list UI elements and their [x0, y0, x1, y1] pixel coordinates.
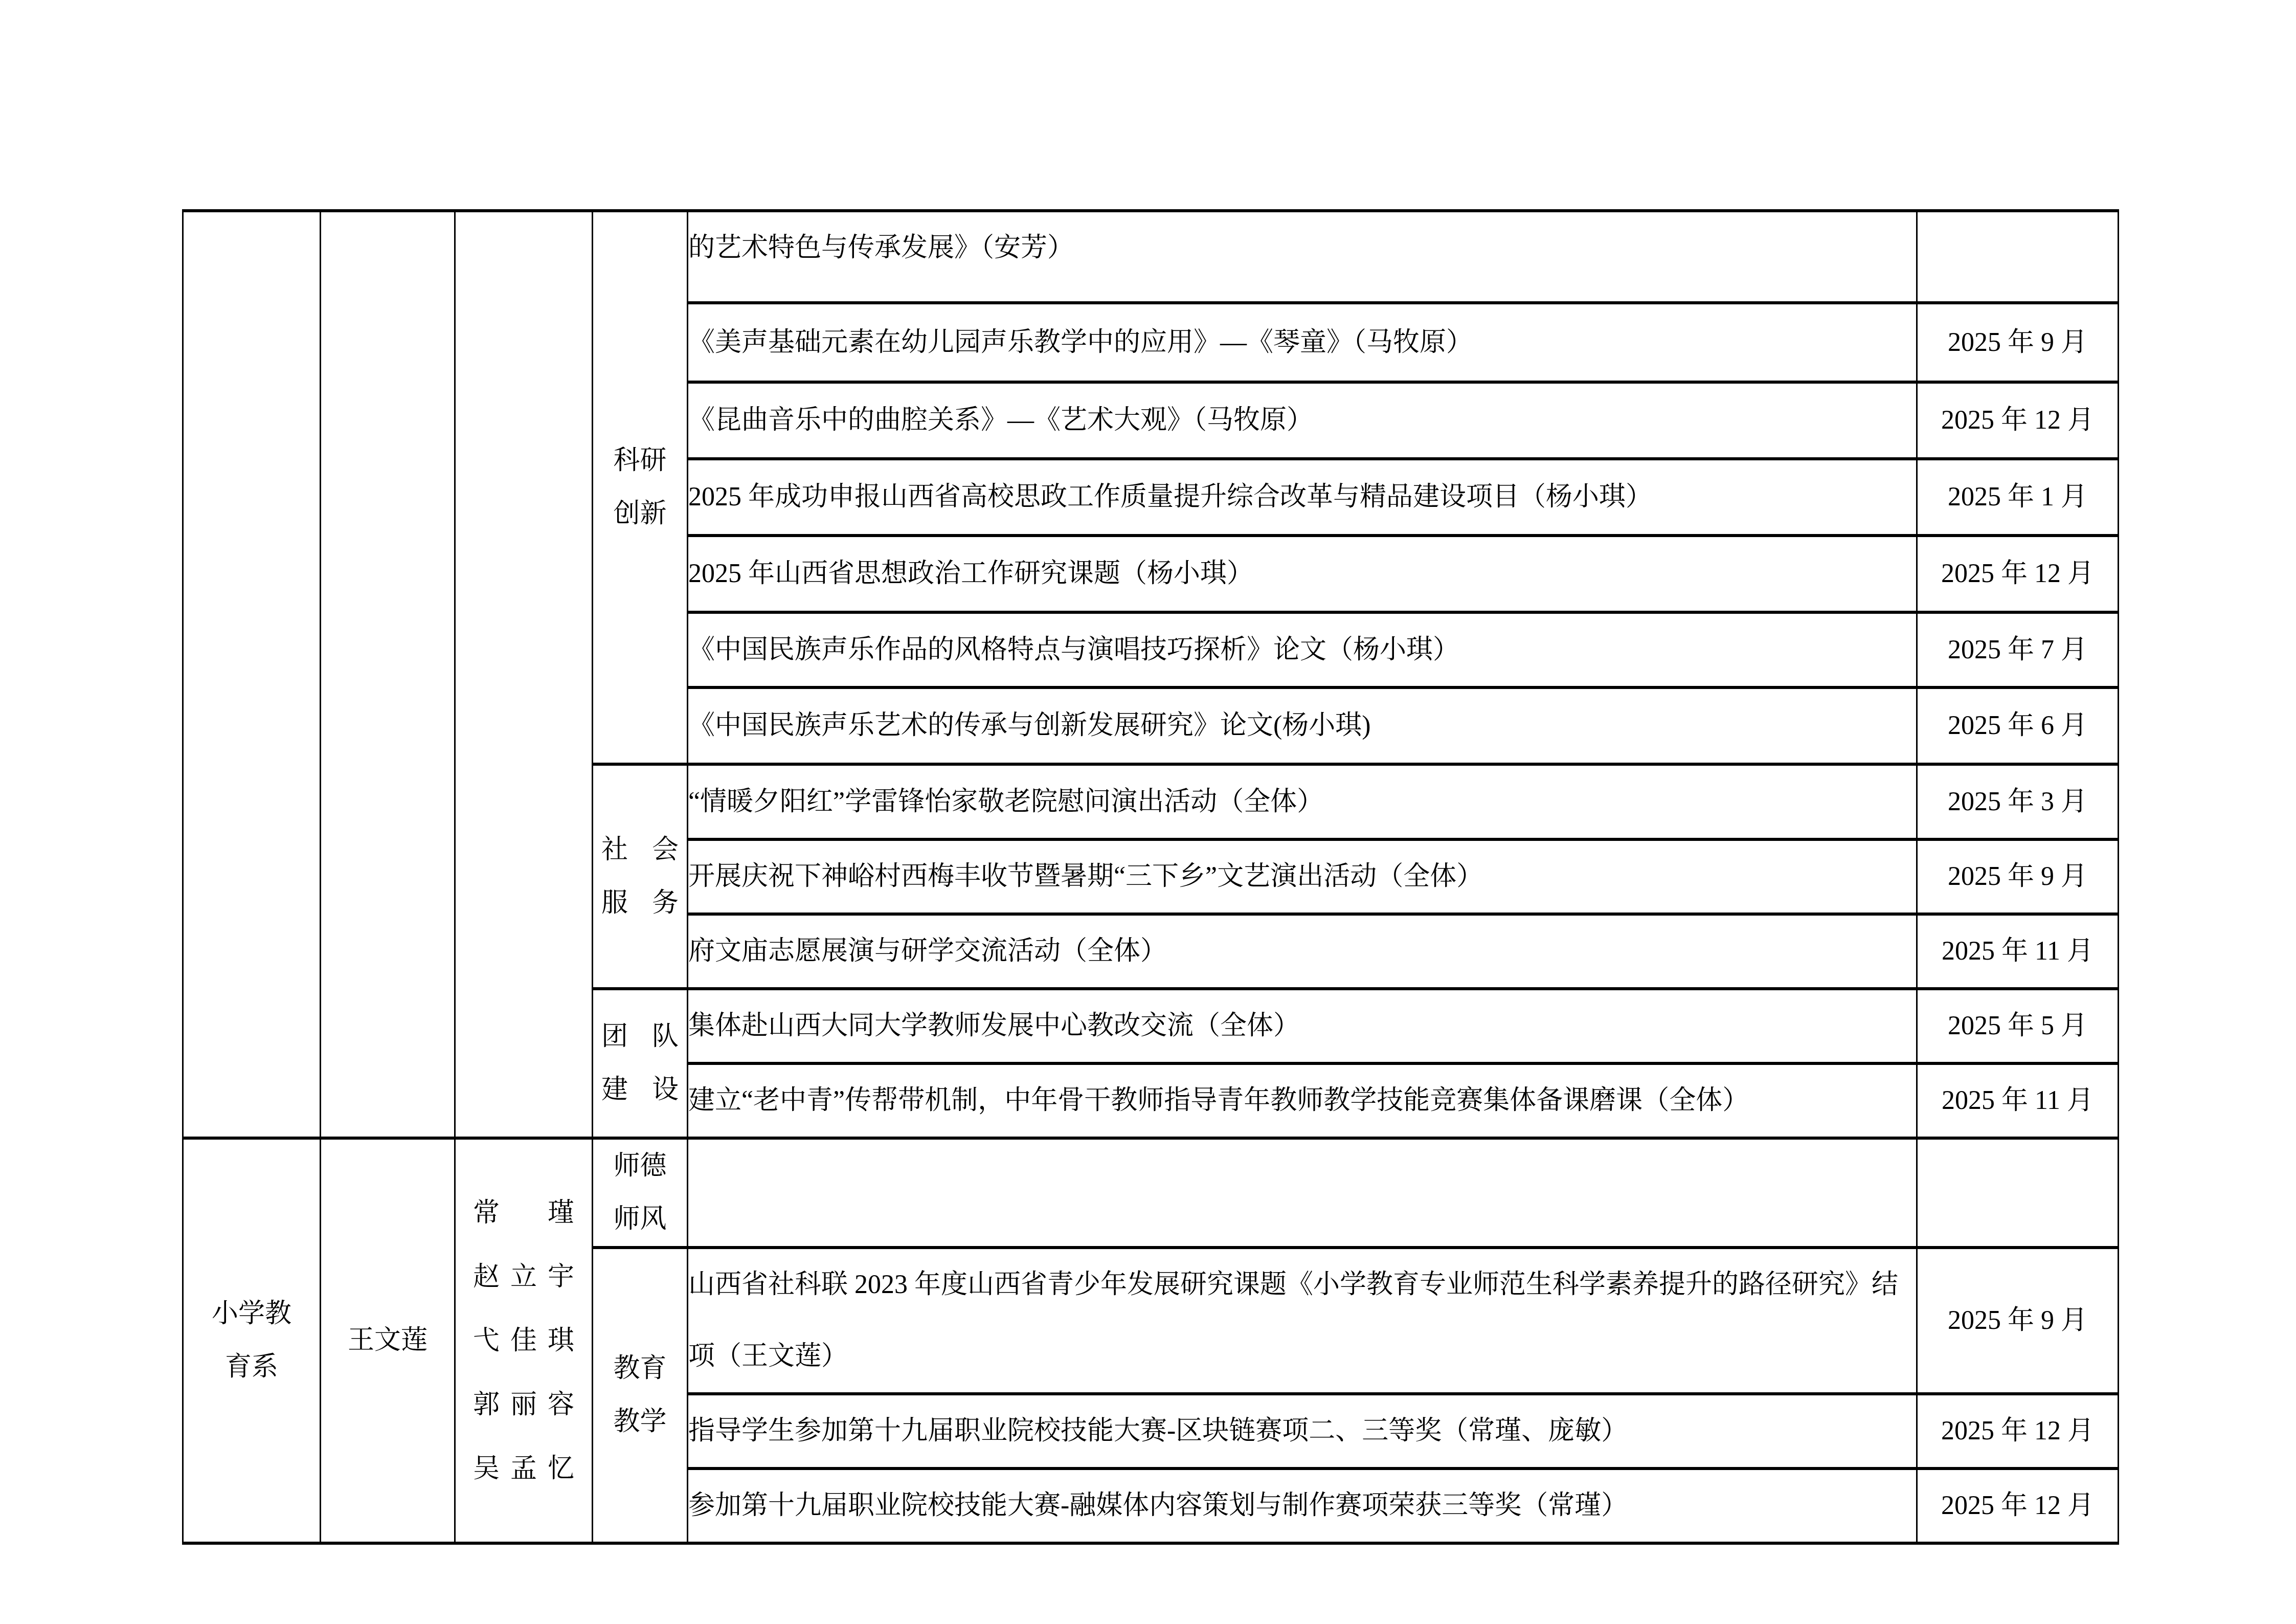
- leader-cell-empty: [321, 211, 455, 1138]
- department-label-line: 育系: [184, 1341, 320, 1394]
- department-cell-xiaoxue: 小学教 育系: [183, 1138, 321, 1543]
- date-cell: 2025 年 9 月: [1917, 303, 2119, 382]
- member-name: 赵立宇: [473, 1245, 574, 1309]
- category-label-line: 教育: [593, 1342, 687, 1395]
- content-cell: [688, 1138, 1917, 1248]
- member-name: 郭丽容: [473, 1373, 574, 1437]
- content-cell: 《中国民族声乐作品的风格特点与演唱技巧探析》论文（杨小琪）: [688, 612, 1917, 687]
- date-cell: 2025 年 11 月: [1917, 914, 2119, 989]
- category-label-line: 服务: [601, 877, 679, 930]
- department-label-line: 小学教: [184, 1287, 320, 1341]
- category-label-line: 建设: [601, 1063, 679, 1117]
- content-cell: 《美声基础元素在幼儿园声乐教学中的应用》—《琴童》（马牧原）: [688, 303, 1917, 382]
- content-cell: 建立“老中青”传帮带机制，中年骨干教师指导青年教师教学技能竞赛集体备课磨课（全体…: [688, 1063, 1917, 1138]
- category-label-line: 师德: [593, 1140, 687, 1193]
- date-cell: 2025 年 12 月: [1917, 382, 2119, 459]
- content-cell: 指导学生参加第十九届职业院校技能大赛-区块链赛项二、三等奖（常瑾、庞敏）: [688, 1394, 1917, 1469]
- date-cell: [1917, 1138, 2119, 1248]
- date-cell: 2025 年 11 月: [1917, 1063, 2119, 1138]
- category-label-line: 社会: [601, 824, 679, 877]
- department-cell-empty: [183, 211, 321, 1138]
- content-cell: 开展庆祝下神峪村西梅丰收节暨暑期“三下乡”文艺演出活动（全体）: [688, 839, 1917, 914]
- leader-cell: 王文莲: [321, 1138, 455, 1543]
- category-cell-jiaoyu-jiaoxue: 教育 教学: [593, 1248, 688, 1543]
- date-cell: 2025 年 6 月: [1917, 687, 2119, 764]
- content-cell: 府文庙志愿展演与研学交流活动（全体）: [688, 914, 1917, 989]
- content-cell: 《昆曲音乐中的曲腔关系》—《艺术大观》（马牧原）: [688, 382, 1917, 459]
- content-cell: 参加第十九届职业院校技能大赛-融媒体内容策划与制作赛项荣获三等奖（常瑾）: [688, 1469, 1917, 1543]
- member-name: 常瑾: [473, 1181, 574, 1245]
- member-name: 吴孟忆: [473, 1437, 574, 1501]
- category-cell-shide-shifeng: 师德 师风: [593, 1138, 688, 1248]
- category-label-line: 科研: [593, 434, 687, 487]
- category-label-line: 创新: [593, 487, 687, 541]
- category-cell-keyan-chuangxin: 科研 创新: [593, 211, 688, 764]
- date-cell: 2025 年 7 月: [1917, 612, 2119, 687]
- category-label-line: 教学: [593, 1395, 687, 1449]
- category-label-line: 团队: [601, 1010, 679, 1063]
- date-cell: 2025 年 3 月: [1917, 764, 2119, 839]
- content-cell: “情暖夕阳红”学雷锋怡家敬老院慰问演出活动（全体）: [688, 764, 1917, 839]
- category-label-line: 师风: [593, 1193, 687, 1246]
- achievement-table: 科研 创新 的艺术特色与传承发展》（安芳） 《美声基础元素在幼儿园声乐教学中的应…: [182, 209, 2119, 1545]
- members-cell-empty: [455, 211, 593, 1138]
- date-cell: 2025 年 5 月: [1917, 989, 2119, 1063]
- date-cell: 2025 年 1 月: [1917, 459, 2119, 536]
- member-name: 弋佳琪: [473, 1309, 574, 1373]
- date-cell: 2025 年 12 月: [1917, 536, 2119, 612]
- content-cell: 2025 年成功申报山西省高校思政工作质量提升综合改革与精品建设项目（杨小琪）: [688, 459, 1917, 536]
- content-cell: 《中国民族声乐艺术的传承与创新发展研究》论文(杨小琪): [688, 687, 1917, 764]
- date-cell: 2025 年 12 月: [1917, 1469, 2119, 1543]
- content-cell: 2025 年山西省思想政治工作研究课题（杨小琪）: [688, 536, 1917, 612]
- content-cell: 的艺术特色与传承发展》（安芳）: [688, 211, 1917, 303]
- date-cell: [1917, 211, 2119, 303]
- content-cell: 山西省社科联 2023 年度山西省青少年发展研究课题《小学教育专业师范生科学素养…: [688, 1248, 1917, 1394]
- category-cell-shehui-fuwu: 社会 服务: [593, 764, 688, 989]
- date-cell: 2025 年 9 月: [1917, 1248, 2119, 1394]
- members-cell: 常瑾 赵立宇 弋佳琪 郭丽容 吴孟忆: [455, 1138, 593, 1543]
- category-cell-tuandui-jianshe: 团队 建设: [593, 989, 688, 1138]
- date-cell: 2025 年 12 月: [1917, 1394, 2119, 1469]
- content-cell: 集体赴山西大同大学教师发展中心教改交流（全体）: [688, 989, 1917, 1063]
- document-page: 科研 创新 的艺术特色与传承发展》（安芳） 《美声基础元素在幼儿园声乐教学中的应…: [0, 0, 2296, 1624]
- date-cell: 2025 年 9 月: [1917, 839, 2119, 914]
